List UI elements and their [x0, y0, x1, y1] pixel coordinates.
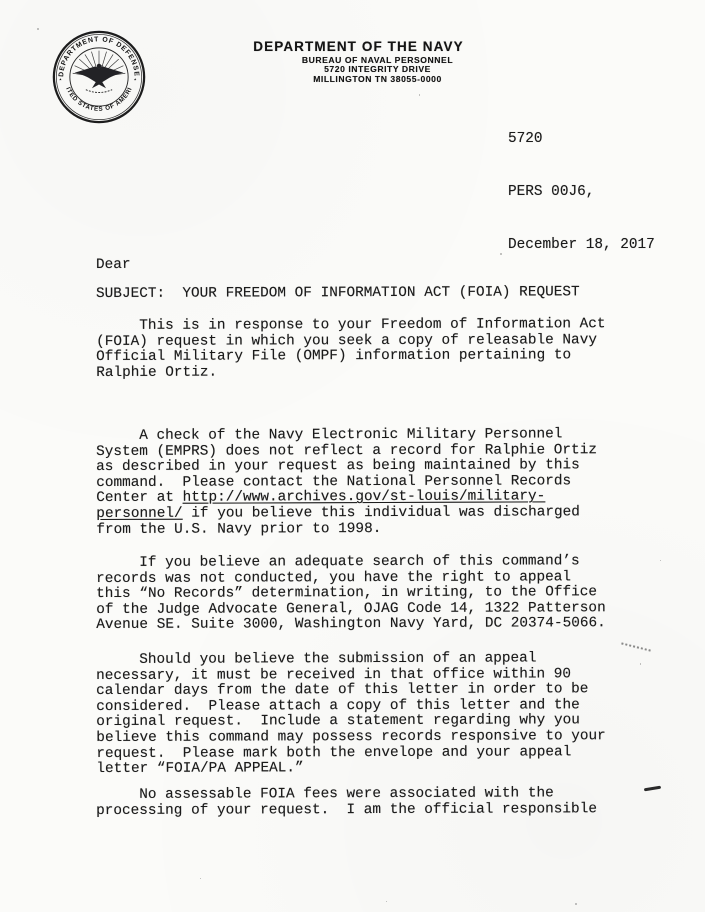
seal-right-star-icon: ★	[134, 77, 137, 82]
letterhead-city-state-zip: MILLINGTON TN 38055-0000	[235, 75, 520, 84]
ssic-code: 5720	[508, 131, 655, 149]
seal-left-star-icon: ★	[59, 77, 62, 82]
subject-line: SUBJECT: YOUR FREEDOM OF INFORMATION ACT…	[96, 285, 620, 302]
paragraph-no-record: A check of the Navy Electronic Military …	[96, 427, 620, 538]
scan-speck	[200, 878, 201, 879]
dod-seal-graphic: DEPARTMENT OF DEFENSE UNITED STATES OF A…	[52, 30, 146, 124]
letterhead-address-block: BUREAU OF NAVAL PERSONNEL 5720 INTEGRITY…	[235, 56, 520, 84]
originator-code: PERS 00J6,	[508, 184, 655, 202]
scan-speck	[660, 560, 661, 561]
seal-eagle-icon	[75, 64, 124, 93]
salutation: Dear	[96, 256, 620, 273]
scanned-letter-page: DEPARTMENT OF DEFENSE UNITED STATES OF A…	[0, 0, 705, 912]
letterhead: DEPARTMENT OF THE NAVY BUREAU OF NAVAL P…	[216, 39, 501, 84]
scan-speck	[640, 663, 641, 665]
scan-speck	[575, 903, 577, 905]
scan-speck	[419, 94, 420, 96]
scan-dash-mark	[644, 786, 661, 792]
paragraph-fees: No assessable FOIA fees were associated …	[96, 786, 620, 819]
scan-speck	[500, 253, 502, 255]
letter-date: December 18, 2017	[508, 237, 655, 255]
scan-speck	[37, 28, 39, 30]
paragraph-appeal-rights: If you believe an adequate search of thi…	[96, 554, 620, 634]
paragraph-appeal-instructions: Should you believe the submission of an …	[96, 651, 620, 778]
paragraph-response-intro: This is in response to your Freedom of I…	[96, 317, 620, 381]
letterhead-agency: DEPARTMENT OF THE NAVY	[216, 39, 501, 54]
scan-squiggle-mark	[621, 642, 651, 651]
scan-speck	[386, 901, 387, 902]
dod-seal: DEPARTMENT OF DEFENSE UNITED STATES OF A…	[52, 30, 146, 124]
